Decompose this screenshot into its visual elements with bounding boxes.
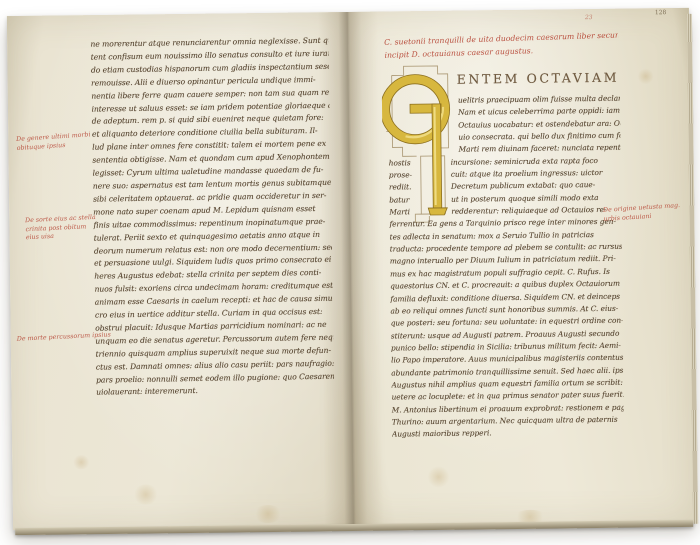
line-fragment: prose- (389, 169, 413, 182)
manuscript-photo: 23 128 ne morerentur atque renunciarentu… (0, 0, 700, 545)
left-page-text-block: ne morerentur atque renunciarentur omnia… (90, 35, 334, 400)
margin-note-red: De sorte eius ac stellacrinita post obit… (25, 214, 97, 243)
line-fragment: Marti (389, 206, 413, 219)
folio-number: 128 (655, 9, 667, 16)
line-fragment: batur (389, 194, 413, 207)
chapter-heading-gentem-octaviam: ENTEM OCTAVIAM (457, 70, 620, 87)
line-fragment: rediit. (389, 182, 413, 195)
open-book: 23 128 ne morerentur atque renunciarentu… (7, 8, 695, 530)
folio-mark-red: 23 (585, 14, 593, 21)
line-fragment: hostis (389, 157, 413, 170)
right-page-text-block: uelitris praecipuam olim fuisse multa de… (388, 93, 624, 441)
